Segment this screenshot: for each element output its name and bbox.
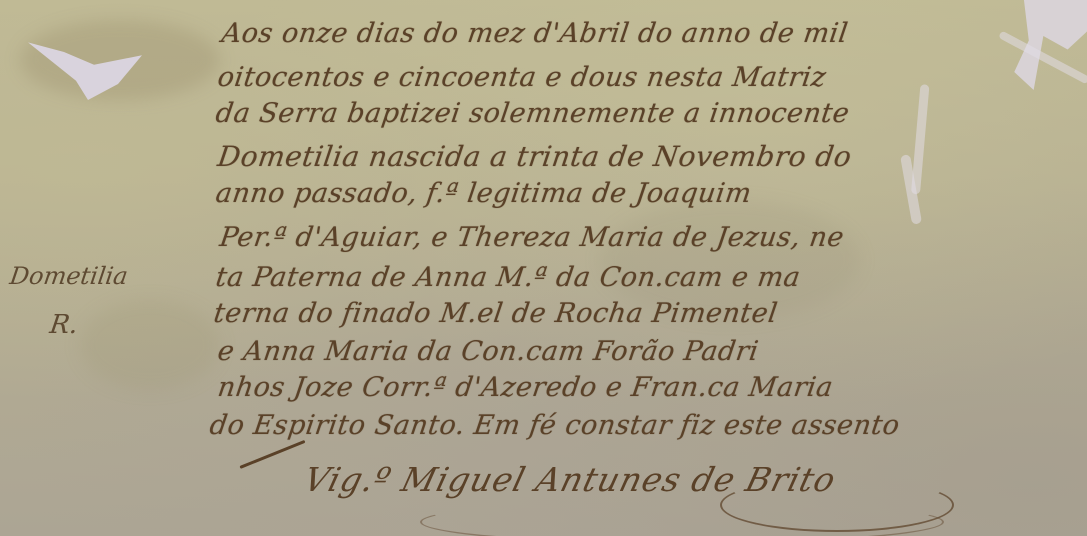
paper-stain bbox=[80, 300, 220, 390]
record-line-2: oitocentos e cincoenta e dous nesta Matr… bbox=[216, 62, 828, 93]
manuscript-page: Dometilia R. Aos onze dias do mez d'Abri… bbox=[0, 0, 1087, 536]
signature-flourish bbox=[420, 500, 944, 536]
record-line-5: anno passado, f.ª legitima de Joaquim bbox=[214, 178, 754, 209]
record-line-8: terna do finado M.el de Rocha Pimentel bbox=[212, 298, 780, 329]
record-line-1: Aos onze dias do mez d'Abril do anno de … bbox=[220, 18, 850, 49]
record-line-3: da Serra baptizei solemnemente a innocen… bbox=[214, 98, 852, 129]
margin-note-initial: R. bbox=[48, 310, 80, 340]
closing-stroke bbox=[239, 440, 305, 469]
record-line-7: ta Paterna de Anna M.ª da Con.cam e ma bbox=[214, 262, 803, 293]
record-line-6: Per.ª d'Aguiar, e Thereza Maria de Jezus… bbox=[218, 222, 846, 253]
margin-note-name: Dometilia bbox=[8, 262, 130, 290]
record-line-11: do Espirito Santo. Em fé constar fiz est… bbox=[208, 410, 902, 441]
record-line-9: e Anna Maria da Con.cam Forão Padri bbox=[216, 336, 761, 367]
record-line-10: nhos Joze Corr.ª d'Azeredo e Fran.ca Mar… bbox=[216, 372, 835, 403]
record-line-4: Dometilia nascida a trinta de Novembro d… bbox=[216, 140, 854, 173]
